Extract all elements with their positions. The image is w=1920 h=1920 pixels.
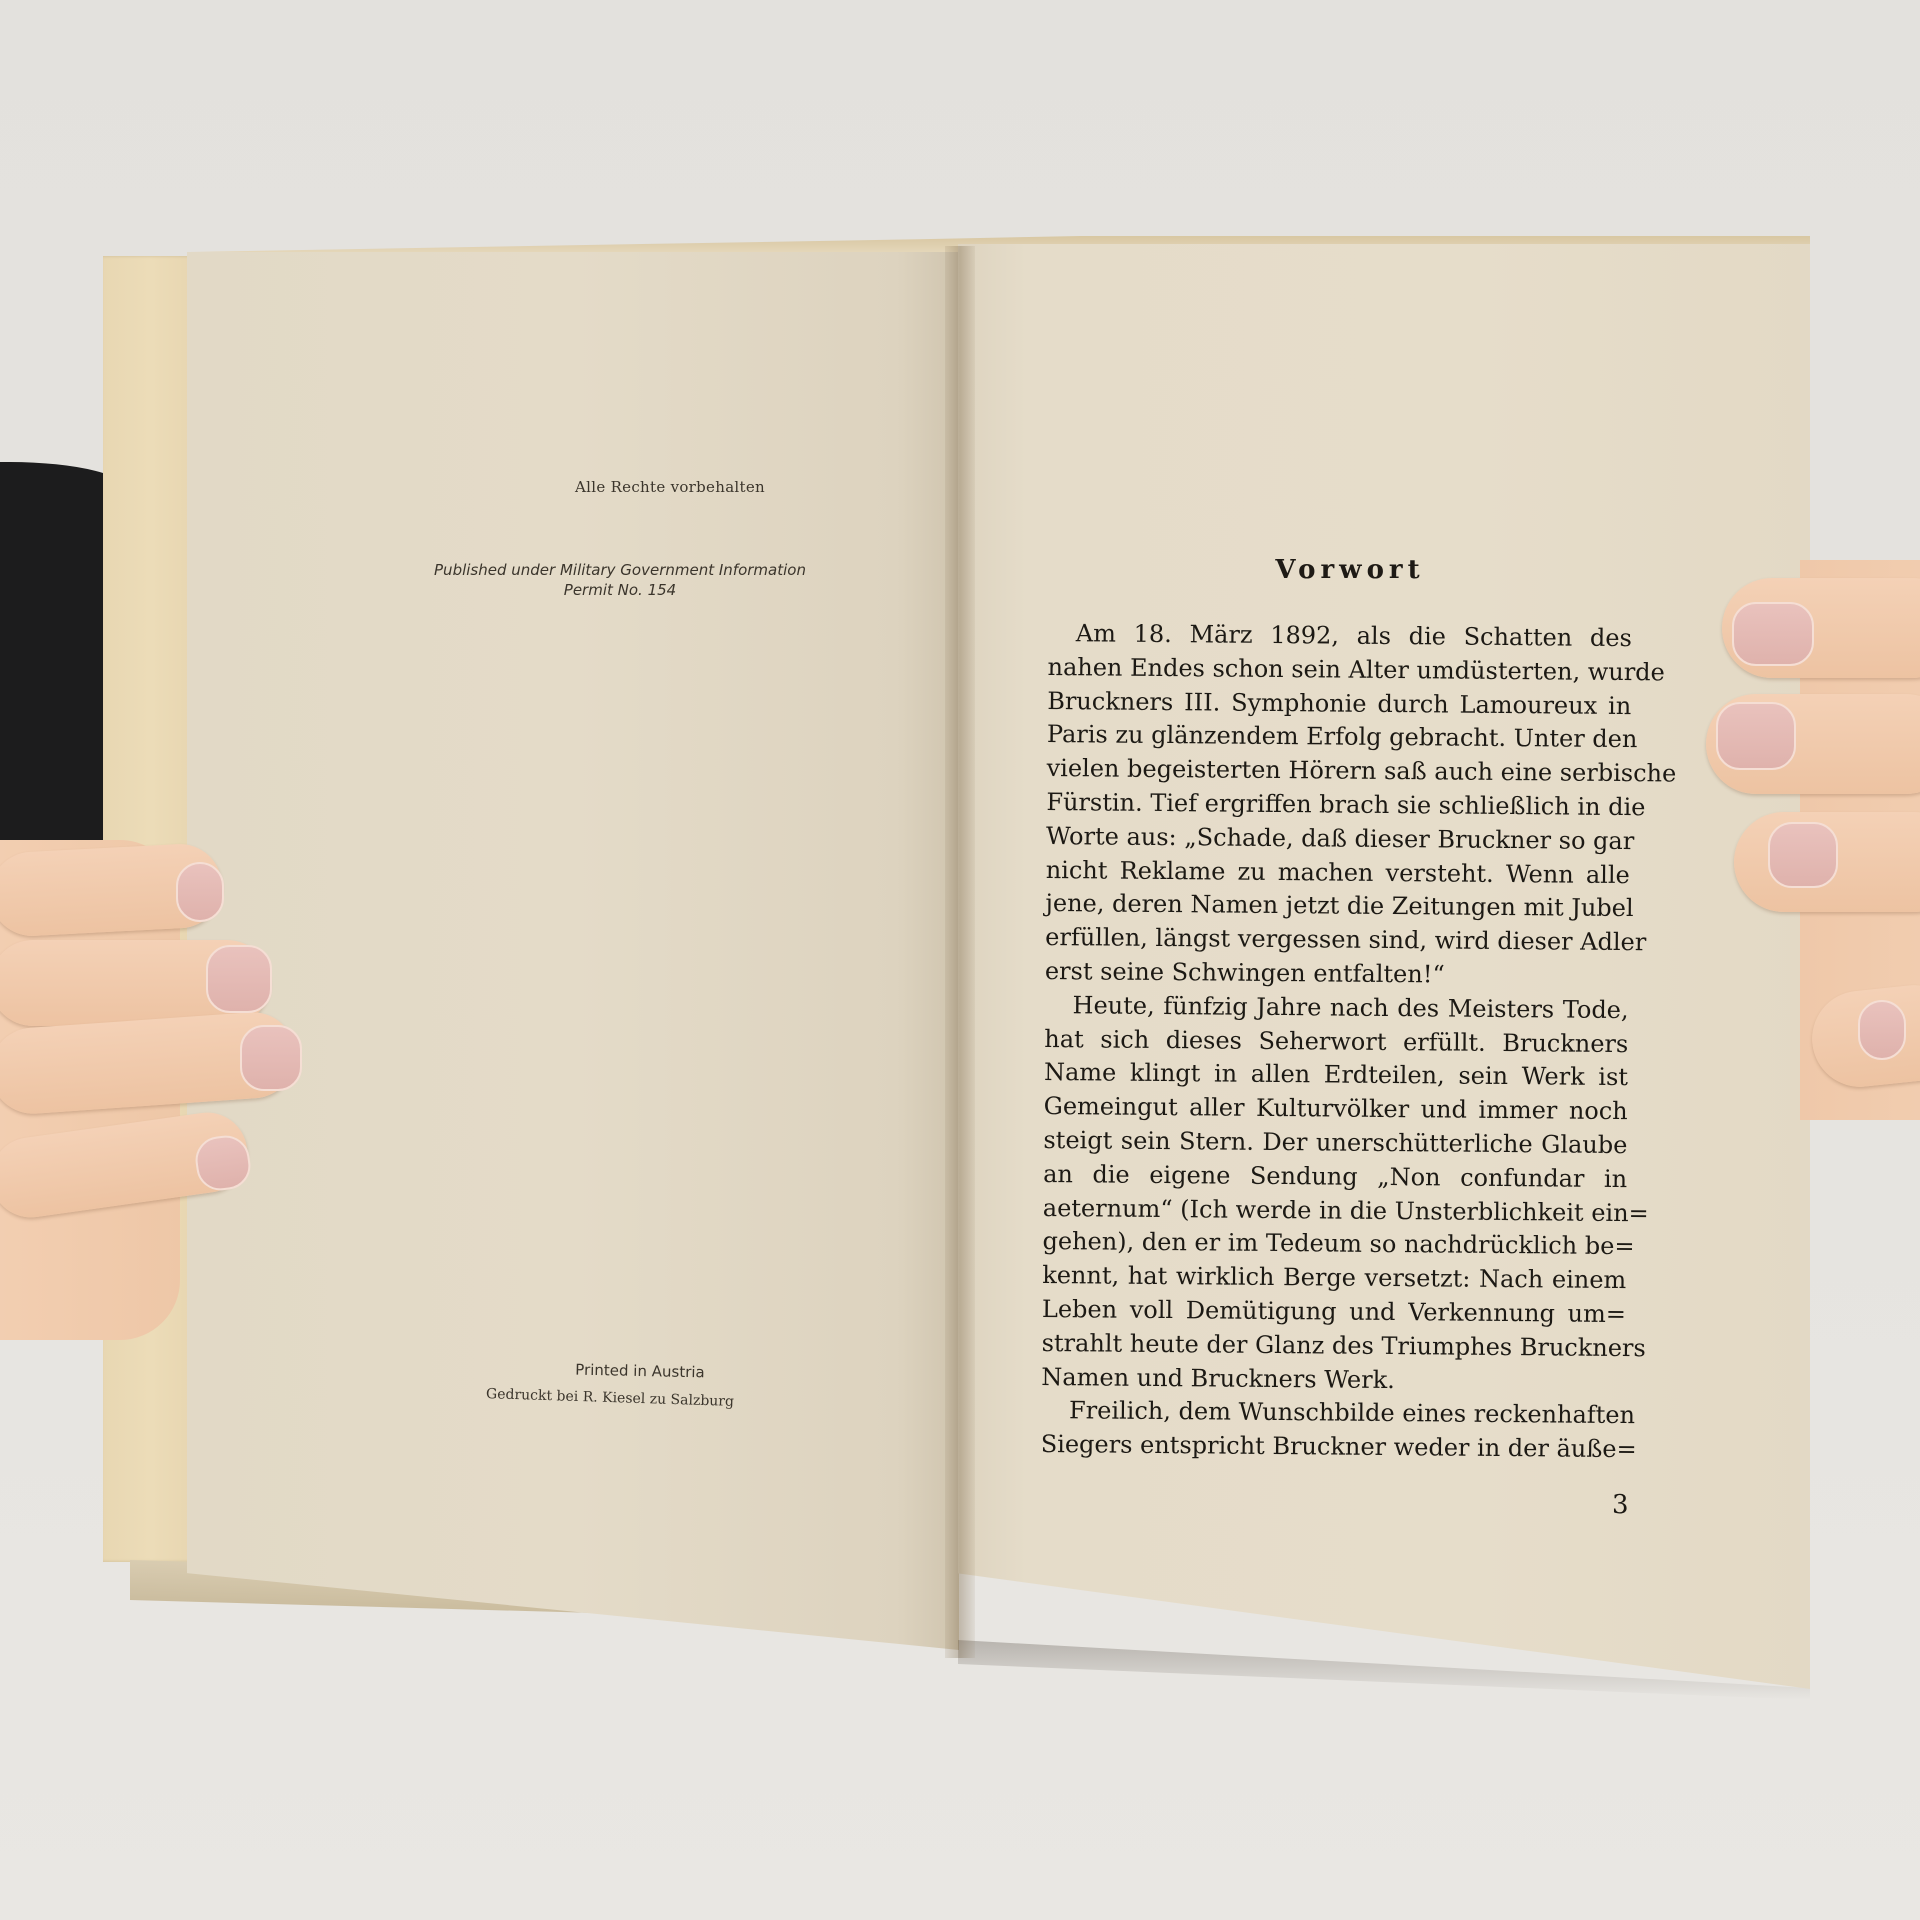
body-text: Am 18. März 1892, als die Schatten des n…	[1041, 617, 1632, 1467]
text-line: vielen begeisterten Hörern saß auch eine…	[1047, 752, 1631, 791]
permit-line-2: Permit No. 154	[400, 580, 840, 600]
text-line: Paris zu glänzendem Erfolg gebracht. Unt…	[1047, 718, 1631, 757]
text-line: Freilich, dem Wunschbilde eines reckenha…	[1041, 1394, 1625, 1433]
fingernail	[1768, 822, 1838, 888]
text-line: strahlt heute der Glanz des Triumphes Br…	[1042, 1327, 1626, 1366]
permit-line-1: Published under Military Government Info…	[400, 560, 840, 580]
text-line: Name klingt in allen Erdteilen, sein Wer…	[1044, 1056, 1628, 1095]
rights-notice: Alle Rechte vorbehalten	[510, 478, 830, 496]
text-line: Gemeingut aller Kulturvölker und immer n…	[1044, 1090, 1628, 1129]
text-line: hat sich dieses Seherwort erfüllt. Bruck…	[1044, 1023, 1628, 1062]
text-line: gehen), den er im Tedeum so nachdrücklic…	[1042, 1225, 1626, 1264]
fingernail	[176, 862, 224, 922]
fingernail	[1858, 1000, 1906, 1060]
text-line: Leben voll Demütigung und Verkennung um=	[1042, 1293, 1626, 1332]
text-line: Bruckners III. Symphonie durch Lamoureux…	[1047, 685, 1631, 724]
text-line: Am 18. März 1892, als die Schatten des	[1048, 617, 1632, 656]
text-line: jene, deren Namen jetzt die Zeitungen mi…	[1045, 887, 1629, 926]
text-line: an die eigene Sendung „Non confundar in	[1043, 1158, 1627, 1197]
text-line: erfüllen, längst vergessen sind, wird di…	[1045, 921, 1629, 960]
text-line: Worte aus: „Schade, daß dieser Bruckner …	[1046, 820, 1630, 859]
text-line: Siegers entspricht Bruckner weder in der…	[1041, 1428, 1625, 1467]
text-line: aeternum“ (Ich werde in die Unsterblichk…	[1043, 1192, 1627, 1231]
fingernail	[1716, 702, 1796, 770]
text-line: erst seine Schwingen entfalten!“	[1045, 955, 1629, 994]
text-line: nicht Reklame zu machen versteht. Wenn a…	[1046, 854, 1630, 893]
text-line: Fürstin. Tief ergriffen brach sie schlie…	[1046, 786, 1630, 825]
book-gutter	[945, 246, 975, 1658]
page-number: 3	[1612, 1490, 1629, 1520]
left-page	[187, 252, 959, 1650]
chapter-title: Vorwort	[1250, 555, 1450, 585]
text-line: kennt, hat wirklich Berge versetzt: Nach…	[1042, 1259, 1626, 1298]
fingernail	[240, 1025, 302, 1091]
text-line: steigt sein Stern. Der unerschütterliche…	[1043, 1124, 1627, 1163]
text-line: Heute, fünfzig Jahre nach des Meisters T…	[1044, 989, 1628, 1028]
fingernail	[1732, 602, 1814, 666]
text-line: Namen und Bruckners Werk.	[1041, 1361, 1625, 1400]
fingernail	[206, 945, 272, 1013]
permit-notice: Published under Military Government Info…	[400, 560, 840, 600]
text-line: nahen Endes schon sein Alter umdüsterten…	[1047, 651, 1631, 690]
